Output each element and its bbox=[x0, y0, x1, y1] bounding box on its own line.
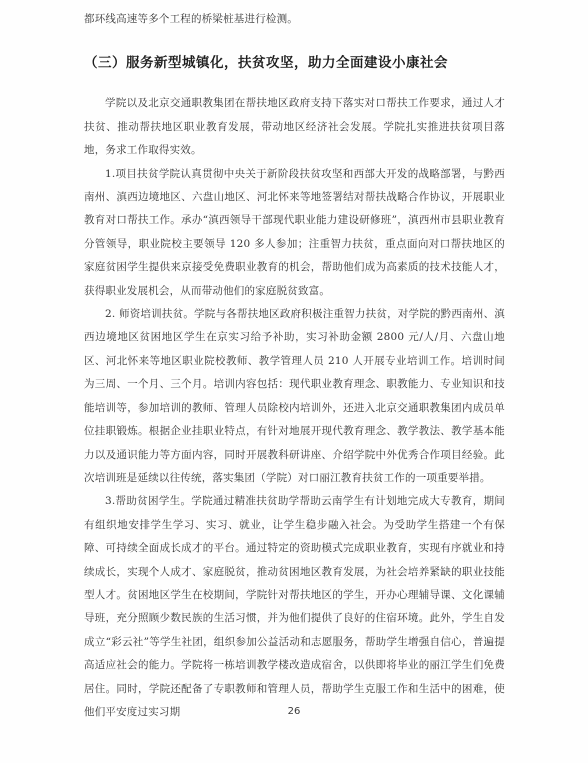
body-paragraph-project-poverty-relief: 1.项目扶贫学院认真贯彻中央关于新阶段扶贫攻坚和西部大开发的战略部署，与黔西南州… bbox=[84, 163, 505, 303]
document-page: 都环线高速等多个工程的桥梁桩基进行检测。 （三）服务新型城镇化，扶贫攻坚，助力全… bbox=[0, 0, 588, 763]
page-number: 26 bbox=[0, 705, 588, 719]
body-paragraph-intro: 学院以及北京交通职教集团在帮扶地区政府支持下落实对口帮扶工作要求，通过人才扶贫、… bbox=[84, 92, 505, 162]
body-paragraph-teacher-training: 2. 师资培训扶贫。学院与各帮扶地区政府积极注重智力扶贫，对学院的黔西南州、滇西… bbox=[84, 303, 505, 490]
document-content: 都环线高速等多个工程的桥梁桩基进行检测。 （三）服务新型城镇化，扶贫攻坚，助力全… bbox=[84, 0, 505, 724]
continuation-paragraph: 都环线高速等多个工程的桥梁桩基进行检测。 bbox=[84, 0, 505, 31]
section-heading: （三）服务新型城镇化，扶贫攻坚，助力全面建设小康社会 bbox=[84, 53, 505, 73]
body-paragraph-helping-poor-students: 3.帮助贫困学生。学院通过精准扶贫助学帮助云南学生有计划地完成大专教育，期间有组… bbox=[84, 490, 505, 724]
